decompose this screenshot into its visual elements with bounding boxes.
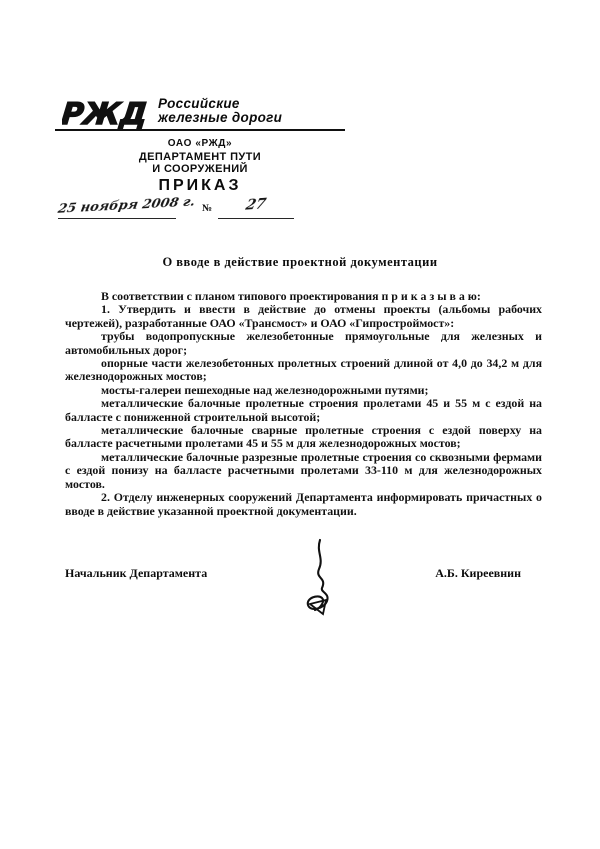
department-name: ДЕПАРТАМЕНТ ПУТИ И СООРУЖЕНИЙ [55, 152, 345, 175]
department-line2: И СООРУЖЕНИЙ [55, 164, 345, 176]
brand-text: Российские железные дороги [158, 97, 282, 124]
brand-line1: Российские [158, 97, 282, 111]
body-paragraph: опорные части железобетонных пролетных с… [65, 357, 542, 384]
scanned-order-document: РЖД Российские железные дороги ОАО «РЖД»… [0, 0, 600, 849]
number-sign: № [202, 199, 212, 219]
handwritten-number: 27 [244, 196, 268, 214]
body-paragraph: 1. Утвердить и ввести в действие до отме… [65, 303, 542, 330]
org-name: ОАО «РЖД» [55, 138, 345, 149]
body-paragraph: металлические балочные сварные пролетные… [65, 424, 542, 451]
body-paragraph: В соответствии с планом типового проекти… [65, 290, 542, 303]
document-body: В соответствии с планом типового проекти… [65, 290, 542, 518]
letterhead-rule [55, 129, 345, 131]
date-underline: 25 ноября 2008 г. [58, 196, 176, 219]
rzd-logo-icon: РЖД [62, 92, 150, 132]
handwritten-date: 25 ноября 2008 г. [57, 194, 197, 216]
rzd-logo-glyph: РЖД [62, 97, 149, 132]
brand-line2: железные дороги [158, 111, 282, 125]
body-paragraph: металлические балочные разрезные пролетн… [65, 451, 542, 491]
number-underline: 27 [218, 196, 294, 219]
signer-name: А.Б. Киреевнин [435, 566, 521, 581]
body-paragraph: трубы водопропускные железобетонные прям… [65, 330, 542, 357]
department-line1: ДЕПАРТАМЕНТ ПУТИ [55, 152, 345, 164]
document-title: О вводе в действие проектной документаци… [0, 255, 600, 270]
body-paragraph: металлические балочные пролетные строени… [65, 397, 542, 424]
signer-position: Начальник Департамента [65, 566, 207, 581]
body-paragraph: 2. Отделу инженерных сооружений Департам… [65, 491, 542, 518]
body-paragraph: мосты-галереи пешеходные над железнодоро… [65, 384, 542, 397]
date-number-row: 25 ноября 2008 г.№27 [58, 196, 294, 222]
signature-row: Начальник Департамента А.Б. Киреевнин [65, 566, 521, 581]
document-type-heading: ПРИКАЗ [55, 177, 345, 195]
